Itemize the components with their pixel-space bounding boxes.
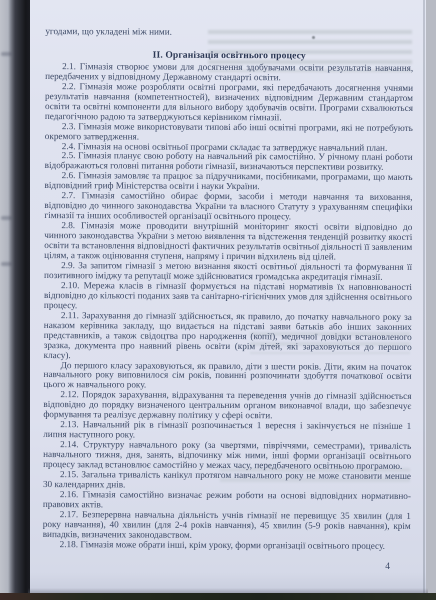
- document-content: угодами, що укладені між ними. II. Орган…: [43, 27, 414, 552]
- paragraph: 2.10. Мережа класів в гімназії формуєтьс…: [44, 281, 412, 313]
- document-body: 2.1. Гімназія створює умови для досягнен…: [43, 62, 414, 552]
- paragraph: 2.17. Безперервна навчальна діяльність у…: [43, 510, 411, 542]
- paragraph: 2.2. Гімназія може розробляти освітні пр…: [45, 82, 413, 124]
- section-heading: II. Організація освітнього процесу: [45, 50, 413, 62]
- paragraph: 2.8. Гімназія може проводити внутрішній …: [44, 221, 412, 263]
- scanned-document-photo: { "page": { "number": "4", "intro_line":…: [0, 0, 436, 600]
- paragraph: 2.14. Структуру навчального року (за чве…: [43, 440, 411, 472]
- scan-edge-shadow: [0, 593, 436, 600]
- paragraph: 2.18. Гімназія може обрати інші, крім ур…: [43, 540, 411, 552]
- page-edge-seam: [423, 0, 425, 600]
- page-number: 4: [385, 562, 390, 572]
- paragraph: 2.3. Гімназія може використовувати типов…: [45, 122, 413, 144]
- continuation-line: угодами, що укладені між ними.: [45, 27, 413, 39]
- paragraph: 2.7. Гімназія самостійно обирає форми, з…: [44, 191, 412, 223]
- scanner-background-strip: [424, 0, 436, 600]
- paragraph: До першого класу зараховуються, як прави…: [43, 361, 411, 393]
- paragraph: 2.11. Зарахування до гімназії здійснюєть…: [44, 311, 412, 363]
- paragraph: 2.12. Порядок зарахування, відрахування …: [43, 390, 411, 422]
